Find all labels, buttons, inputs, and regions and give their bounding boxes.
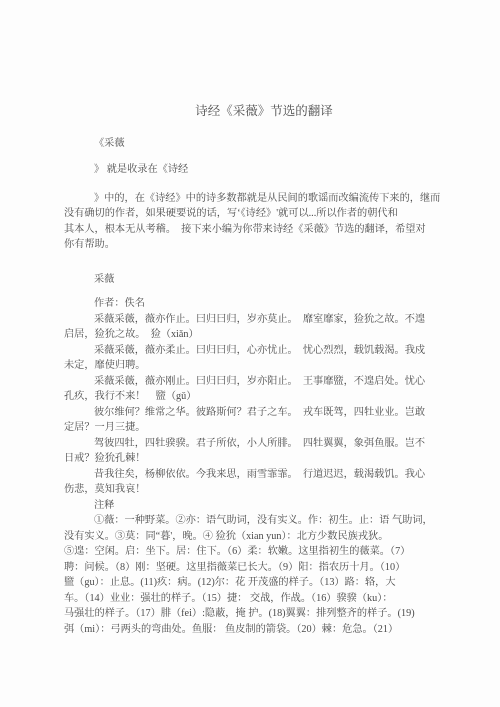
- text-line: 聘：问候。（8）刚：坚硬。这里指薇菜已长大。（9）阳：指农历十月。（10）: [64, 560, 446, 576]
- notes-paragraph: ①薇：一种野菜。②亦：语气助词，没有实义。作：初生。止：语 气助词，没有实义。③…: [64, 513, 446, 637]
- notes-heading: 注释: [64, 498, 446, 514]
- text-line: ⑤遑：空闲。启：坐下。居：住下。（6）柔：软嫩。这里指初生的薇菜。（7）: [64, 544, 446, 560]
- document-body: 诗经《采薇》节选的翻译 《采薇 》 就是收录在《诗经 》中的，在《诗经》中的诗多…: [64, 104, 446, 637]
- poem-stanza-1: 采薇采薇，薇亦作止。曰归曰归，岁亦莫止。 靡室靡家，猃狁之故。不遑启居，猃狁之故…: [64, 312, 446, 343]
- page-title: 诗经《采薇》节选的翻译: [64, 104, 446, 120]
- text-line: 孔疚，我行不来！ 盬（gǔ）: [64, 389, 446, 405]
- intro-fragment-1: 《采薇: [64, 136, 446, 152]
- text-line: 彼尔维何？维常之华。彼路斯何？君子之车。 戎车既驾，四牡业业。岂敢: [64, 405, 446, 421]
- text-line: ①薇：一种野菜。②亦：语气助词，没有实义。作：初生。止：语 气助词，: [64, 513, 446, 529]
- text-line: 你有帮助。: [64, 237, 446, 253]
- document-page: 诗经《采薇》节选的翻译 《采薇 》 就是收录在《诗经 》中的，在《诗经》中的诗多…: [0, 0, 500, 707]
- poem-stanza-3: 采薇采薇，薇亦刚止。曰归曰归，岁亦阳止。 王事靡盬，不遑启处。忧心孔疚，我行不来…: [64, 374, 446, 405]
- poem-stanza-5: 驾彼四牡，四牡骙骙。君子所依，小人所腓。 四牡翼翼，象弭鱼服。岂不日戒？猃狁孔棘…: [64, 436, 446, 467]
- poem-stanza-2: 采薇采薇，薇亦柔止。曰归曰归，心亦忧止。 忧心烈烈，载饥载渴。我戍未定，靡使归聘…: [64, 343, 446, 374]
- text-line: 驾彼四牡，四牡骙骙。君子所依，小人所腓。 四牡翼翼，象弭鱼服。岂不: [64, 436, 446, 452]
- text-line: 没有实义。③莫：同“暮'，晚。④ 猃狁（xian yun）：北方少数民族戎狄。: [64, 529, 446, 545]
- text-line: 》中的，在《诗经》中的诗多数都就是从民间的歌谣而改编流传下来的，继而: [64, 191, 446, 207]
- text-line: 马强壮的样子。（17）腓（fei）:隐蔽，掩 护。(18)翼翼：排列整齐的样子。…: [64, 606, 446, 622]
- poem-title: 采薇: [64, 272, 446, 288]
- poem-stanza-4: 彼尔维何？维常之华。彼路斯何？君子之车。 戎车既驾，四牡业业。岂敢定居？一月三捷…: [64, 405, 446, 436]
- text-line: 伤悲，莫知我哀！: [64, 482, 446, 498]
- intro-fragment-2: 》 就是收录在《诗经: [64, 162, 446, 178]
- text-line: 采薇采薇，薇亦刚止。曰归曰归，岁亦阳止。 王事靡盬，不遑启处。忧心: [64, 374, 446, 390]
- text-line: 盬（gu）：止息。(11)疚：病。(12)尔：花 开茂盛的样子。（13）路：辂，…: [64, 575, 446, 591]
- poem-stanza-6: 昔我往矣，杨柳依依。今我来思，雨雪霏霏。 行道迟迟，载渴载饥。我心伤悲，莫知我哀…: [64, 467, 446, 498]
- text-line: 日戒？猃狁孔棘！: [64, 451, 446, 467]
- text-line: 车。（14）业业：强壮的样子。（15）捷： 交战，作战。（16）骙骙（ku）：: [64, 591, 446, 607]
- text-line: 采薇采薇，薇亦作止。曰归曰归，岁亦莫止。 靡室靡家，猃狁之故。不遑: [64, 312, 446, 328]
- intro-paragraph: 》中的，在《诗经》中的诗多数都就是从民间的歌谣而改编流传下来的，继而没有确切的作…: [64, 191, 446, 253]
- text-line: 启居，猃狁之故。 猃（xiǎn）: [64, 327, 446, 343]
- text-line: 昔我往矣，杨柳依依。今我来思，雨雪霏霏。 行道迟迟，载渴载饥。我心: [64, 467, 446, 483]
- text-line: 其本人，根本无从考稽。 接下来小编为你带来诗经《采薇》节选的翻译，希望对: [64, 222, 446, 238]
- text-line: 弭（mi）：弓两头的弯曲处。鱼服： 鱼皮制的箭袋。（20）棘：危急。（21）: [64, 622, 446, 638]
- text-line: 没有确切的作者，如果硬要说的话，写‘《诗经》'就可以...所以作者的朝代和: [64, 206, 446, 222]
- text-line: 未定，靡使归聘。: [64, 358, 446, 374]
- text-line: 定居？一月三捷。: [64, 420, 446, 436]
- author-line: 作者：佚名: [64, 296, 446, 312]
- text-line: 采薇采薇，薇亦柔止。曰归曰归，心亦忧止。 忧心烈烈，载饥载渴。我戍: [64, 343, 446, 359]
